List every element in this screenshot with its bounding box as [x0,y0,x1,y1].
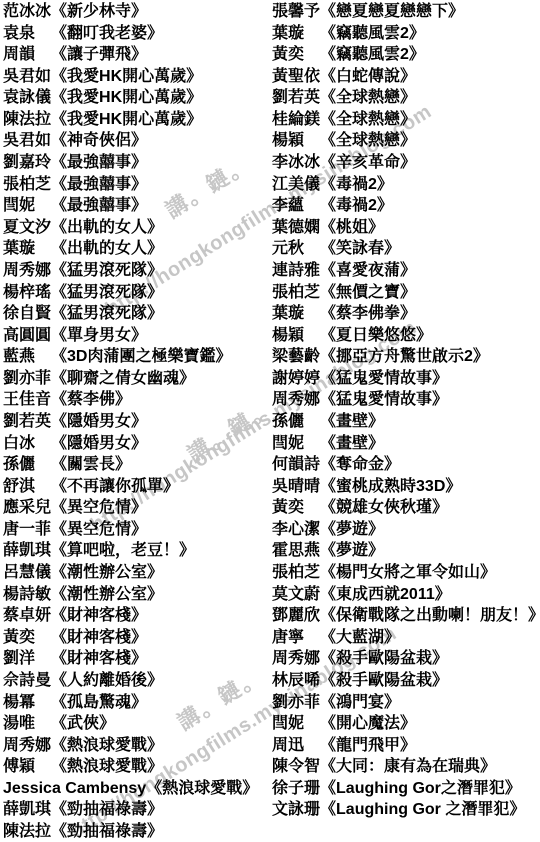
film-entry: 周秀娜《熱浪球愛戰》 [3,735,258,757]
film-entry: 陳令智《大同：康有為在瑞典》 [272,756,540,778]
film-title: 《蔡李佛》 [51,391,131,408]
film-title: 《龍門飛甲》 [320,737,416,754]
actress-name: 張柏芝 [272,562,320,584]
actress-name: 張馨予 [272,1,320,23]
film-entry: 劉洋《財神客棧》 [3,648,258,670]
film-entry: 鄧麗欣《保衛戰隊之出動喇！朋友！》 [272,605,540,627]
film-entry: 傅穎《熱浪球愛戰》 [3,756,258,778]
film-title: 《我愛HK開心萬歲》 [51,89,202,106]
film-entry: 舒淇《不再讓你孤單》 [3,476,258,498]
actress-name: 高圓圓 [3,325,51,347]
actress-name: 薛凱琪 [3,799,51,821]
film-entry: 劉若英《隱婚男女》 [3,411,258,433]
film-title: 《畫壁》 [320,435,384,452]
film-title: 《我愛HK開心萬歲》 [51,68,202,85]
film-entry: 葉璇《竊聽風雲2》 [272,23,540,45]
film-entry: 何韻詩《奪命金》 [272,454,540,476]
actress-name: 薛凱琪 [3,540,51,562]
film-title: 《Laughing Gor 之潛罪犯》 [320,801,525,818]
film-entry: 陳法拉《我愛HK開心萬歲》 [3,109,258,131]
film-title: 《猛鬼愛情故事》 [320,370,448,387]
film-title: 《異空危情》 [51,521,147,538]
actress-name: 林辰唏 [272,670,320,692]
film-title: 《全球熱戀》 [320,132,416,149]
actress-name: 吳君如 [3,66,51,88]
film-entry: 李蘊《毒禍2》 [272,195,540,217]
film-title: 《最強囍事》 [51,154,147,171]
film-entry: 張馨予《戀夏戀夏戀戀下》 [272,1,540,23]
film-title: 《關雲長》 [51,456,131,473]
actress-name: 劉嘉玲 [3,152,51,174]
film-title: 《竊聽風雲2》 [320,46,425,63]
film-entry: 周秀娜《殺手歐陽盆栽》 [272,648,540,670]
film-entry: 應采兒《異空危情》 [3,497,258,519]
film-title: 《大同：康有為在瑞典》 [320,758,496,775]
film-title: 《財神客棧》 [51,607,147,624]
film-title: 《算吧啦，老豆！》 [51,542,195,559]
film-entry: 梁藝齡《挪亞方舟驚世啟示2》 [272,346,540,368]
film-title: 《畫壁》 [320,413,384,430]
film-title: 《孤島驚魂》 [51,694,147,711]
film-title: 《猛鬼愛情故事》 [320,391,448,408]
actress-name: 何韻詩 [272,454,320,476]
actress-name: 楊穎 [272,325,320,347]
film-entry: 閆妮《最強囍事》 [3,195,258,217]
film-title: 《桃姐》 [320,219,384,236]
film-entry: 呂慧儀《潮性辦公室》 [3,562,258,584]
film-entry: 黃聖依《白蛇傳說》 [272,66,540,88]
actress-name: 夏文汐 [3,217,51,239]
actress-name: 張柏芝 [3,174,51,196]
film-title: 《出軌的女人》 [51,240,163,257]
film-entry: 白冰《隱婚男女》 [3,433,258,455]
film-entry: 元秋《笑詠春》 [272,238,540,260]
film-title: 《熱浪球愛戰》 [51,758,163,775]
film-title: 《猛男滾死隊》 [51,284,163,301]
film-title: 《奪命金》 [320,456,400,473]
film-title: 《異空危情》 [51,499,147,516]
actress-name: 蔡卓妍 [3,605,51,627]
film-title: 《潮性辦公室》 [51,564,163,581]
film-entry: 周秀娜《猛男滾死隊》 [3,260,258,282]
film-entry: 吳晴晴《蜜桃成熟時33D》 [272,476,540,498]
film-entry: 高圓圓《單身男女》 [3,325,258,347]
actress-name: 周秀娜 [272,389,320,411]
film-entry: 徐自賢《猛男滾死隊》 [3,303,258,325]
film-title: 《毒禍2》 [320,176,393,193]
film-title: 《財神客棧》 [51,629,147,646]
film-entry: 吳君如《我愛HK開心萬歲》 [3,66,258,88]
actress-name: 劉亦菲 [3,368,51,390]
film-title: 《隱婚男女》 [51,413,147,430]
actress-name: 王佳音 [3,389,51,411]
actress-name: 閆妮 [272,433,320,455]
film-entry: 連詩雅《喜愛夜蒲》 [272,260,540,282]
film-title: 《讓子彈飛》 [51,46,147,63]
film-entry: 吳君如《神奇俠侶》 [3,130,258,152]
film-entry: 唐寧《大藍湖》 [272,627,540,649]
film-title: 《競雄女俠秋瑾》 [320,499,448,516]
film-title: 《喜愛夜蒲》 [320,262,416,279]
film-title: 《竊聽風雲2》 [320,25,425,42]
actress-name: 孫儷 [3,454,51,476]
actress-name: 湯唯 [3,713,51,735]
left-column: 范冰冰《新少林寺》 袁泉《翻叮我老婆》 周韻《讓子彈飛》 吳君如《我愛HK開心萬… [3,1,258,842]
film-entry: 楊穎《夏日樂悠悠》 [272,325,540,347]
actress-name: 連詩雅 [272,260,320,282]
actress-name: 周秀娜 [272,648,320,670]
actress-name: 周秀娜 [3,735,51,757]
film-title: 《夏日樂悠悠》 [320,327,432,344]
film-entry: 閆妮《開心魔法》 [272,713,540,735]
film-entry: 周韻《讓子彈飛》 [3,44,258,66]
film-entry: 徐子珊《Laughing Gor之潛罪犯》 [272,778,540,800]
film-entry: 周迅《龍門飛甲》 [272,735,540,757]
actress-name: 唐一菲 [3,519,51,541]
film-entry: 葉璇《蔡李佛拳》 [272,303,540,325]
film-entry: 劉若英《全球熱戀》 [272,87,540,109]
actress-name: 黃奕 [272,497,320,519]
actress-name: 范冰冰 [3,1,51,23]
film-entry: 黃奕《竊聽風雲2》 [272,44,540,66]
actress-name: 傅穎 [3,756,51,778]
right-column: 張馨予《戀夏戀夏戀戀下》 葉璇《竊聽風雲2》 黃奕《竊聽風雲2》 黃聖依《白蛇傳… [272,1,540,821]
film-title: 《笑詠春》 [320,240,400,257]
film-title: 《大藍湖》 [320,629,400,646]
film-entry: 張柏芝《楊門女將之軍令如山》 [272,562,540,584]
film-title: 《聊齋之倩女幽魂》 [51,370,195,387]
film-entry: 劉亦菲《鴻門宴》 [272,692,540,714]
actress-name: 楊梓瑤 [3,282,51,304]
film-entry: 佘詩曼《人約離婚後》 [3,670,258,692]
film-title: 《全球熱戀》 [320,89,416,106]
film-entry: 夏文汐《出軌的女人》 [3,217,258,239]
actress-name: 應采兒 [3,497,51,519]
actress-name: 周韻 [3,44,51,66]
film-title: 《3D肉蒲團之極樂寶鑑》 [51,348,231,365]
film-entry: 薛凱琪《算吧啦，老豆！》 [3,540,258,562]
film-title: 《熱浪球愛戰》 [51,737,163,754]
actress-name: 劉若英 [272,87,320,109]
actress-name: 周秀娜 [3,260,51,282]
actress-name: 元秋 [272,238,320,260]
film-title: 《最強囍事》 [51,176,147,193]
actress-name: 文詠珊 [272,799,320,821]
actress-name: 謝婷婷 [272,368,320,390]
film-entry: 范冰冰《新少林寺》 [3,1,258,23]
film-entry: 薛凱琪《勁抽福祿壽》 [3,799,258,821]
actress-name: 呂慧儀 [3,562,51,584]
film-title: 《辛亥革命》 [320,154,416,171]
actress-name: 周迅 [272,735,320,757]
actress-name: 陳令智 [272,756,320,778]
actress-name: 陳法拉 [3,821,51,842]
film-title: 《武俠》 [51,715,115,732]
film-title: 《鴻門宴》 [320,694,400,711]
actress-name: 楊詩敏 [3,584,51,606]
actress-name: 閆妮 [3,195,51,217]
actress-name: 徐子珊 [272,778,320,800]
film-entry: 霍思燕《夢遊》 [272,540,540,562]
film-title: 《人約離婚後》 [51,672,163,689]
actress-name: 徐自賢 [3,303,51,325]
film-entry: 孫儷《畫壁》 [272,411,540,433]
film-title: 《勁抽福祿壽》 [51,801,163,818]
film-title: 《夢遊》 [320,542,384,559]
actress-name: Jessica Cambensy [3,778,146,800]
film-entry: 劉亦菲《聊齋之倩女幽魂》 [3,368,258,390]
film-entry: 李心潔《夢遊》 [272,519,540,541]
film-entry: 文詠珊《Laughing Gor 之潛罪犯》 [272,799,540,821]
film-entry: 藍燕《3D肉蒲團之極樂寶鑑》 [3,346,258,368]
film-title: 《神奇俠侶》 [51,132,147,149]
film-title: 《蔡李佛拳》 [320,305,416,322]
actress-name: 李蘊 [272,195,320,217]
film-title: 《出軌的女人》 [51,219,163,236]
film-entry: 蔡卓妍《財神客棧》 [3,605,258,627]
film-entry: 袁詠儀《我愛HK開心萬歲》 [3,87,258,109]
actress-name: 葉璇 [272,23,320,45]
film-title: 《勁抽福祿壽》 [51,823,163,840]
film-title: 《白蛇傳說》 [320,68,416,85]
film-entry: 王佳音《蔡李佛》 [3,389,258,411]
actress-name: 葉璇 [272,303,320,325]
film-title: 《開心魔法》 [320,715,416,732]
actress-name: 黃奕 [272,44,320,66]
film-title: 《財神客棧》 [51,650,147,667]
actress-name: 佘詩曼 [3,670,51,692]
actress-name: 唐寧 [272,627,320,649]
actress-name: 桂綸鎂 [272,109,320,131]
film-entry: 黃奕《競雄女俠秋瑾》 [272,497,540,519]
actress-name: 梁藝齡 [272,346,320,368]
film-title: 《猛男滾死隊》 [51,305,163,322]
film-title: 《Laughing Gor之潛罪犯》 [320,780,521,797]
film-entry: 楊梓瑤《猛男滾死隊》 [3,282,258,304]
film-title: 《挪亞方舟驚世啟示2》 [320,348,489,365]
film-entry: 陳法拉《勁抽福祿壽》 [3,821,258,842]
film-title: 《蜜桃成熟時33D》 [320,478,461,495]
actress-name: 劉若英 [3,411,51,433]
actress-name: 黃聖依 [272,66,320,88]
film-entry: 閆妮《畫壁》 [272,433,540,455]
film-entry: 黃奕《財神客棧》 [3,627,258,649]
film-title: 《猛男滾死隊》 [51,262,163,279]
film-entry: 林辰唏《殺手歐陽盆栽》 [272,670,540,692]
film-title: 《毒禍2》 [320,197,393,214]
film-entry: 謝婷婷《猛鬼愛情故事》 [272,368,540,390]
film-title: 《楊門女將之軍令如山》 [320,564,496,581]
film-entry: 周秀娜《猛鬼愛情故事》 [272,389,540,411]
actress-name: 霍思燕 [272,540,320,562]
film-entry: 袁泉《翻叮我老婆》 [3,23,258,45]
film-entry: 劉嘉玲《最強囍事》 [3,152,258,174]
film-entry: 葉德嫻《桃姐》 [272,217,540,239]
actress-name: 楊穎 [272,130,320,152]
film-entry: 唐一菲《異空危情》 [3,519,258,541]
film-entry: 桂綸鎂《全球熱戀》 [272,109,540,131]
film-entry: 楊詩敏《潮性辦公室》 [3,584,258,606]
film-title: 《隱婚男女》 [51,435,147,452]
film-entry: 張柏芝《無價之寶》 [272,282,540,304]
actress-name: 孫儷 [272,411,320,433]
film-title: 《新少林寺》 [51,3,147,20]
actress-name: 吳君如 [3,130,51,152]
actress-name: 吳晴晴 [272,476,320,498]
film-title: 《潮性辦公室》 [51,586,163,603]
actress-name: 白冰 [3,433,51,455]
film-title: 《殺手歐陽盆栽》 [320,650,448,667]
film-title: 《不再讓你孤單》 [51,478,179,495]
actress-name: 鄧麗欣 [272,605,320,627]
actress-name: 江美儀 [272,174,320,196]
actress-name: 劉洋 [3,648,51,670]
actress-name: 藍燕 [3,346,51,368]
film-title: 《保衛戰隊之出動喇！朋友！》 [320,607,540,624]
film-entry: Jessica Cambensy《熱浪球愛戰》 [3,778,258,800]
actress-name: 莫文蔚 [272,584,320,606]
film-title: 《戀夏戀夏戀戀下》 [320,3,464,20]
actress-name: 葉德嫻 [272,217,320,239]
film-title: 《東成西就2011》 [320,586,451,603]
film-title: 《無價之寶》 [320,284,416,301]
film-entry: 葉璇《出軌的女人》 [3,238,258,260]
actress-name: 袁泉 [3,23,51,45]
film-title: 《熱浪球愛戰》 [146,780,258,797]
actress-name: 閆妮 [272,713,320,735]
film-title: 《單身男女》 [51,327,147,344]
actress-name: 袁詠儀 [3,87,51,109]
actress-name: 劉亦菲 [272,692,320,714]
actress-name: 陳法拉 [3,109,51,131]
film-entry: 江美儀《毒禍2》 [272,174,540,196]
film-entry: 楊冪《孤島驚魂》 [3,692,258,714]
actress-name: 舒淇 [3,476,51,498]
film-title: 《全球熱戀》 [320,111,416,128]
actress-name: 李冰冰 [272,152,320,174]
film-title: 《夢遊》 [320,521,384,538]
actress-name: 楊冪 [3,692,51,714]
film-entry: 莫文蔚《東成西就2011》 [272,584,540,606]
actress-name: 張柏芝 [272,282,320,304]
actress-name: 黃奕 [3,627,51,649]
film-title: 《最強囍事》 [51,197,147,214]
film-title: 《殺手歐陽盆栽》 [320,672,448,689]
actress-name: 葉璇 [3,238,51,260]
film-title: 《翻叮我老婆》 [51,25,163,42]
film-entry: 湯唯《武俠》 [3,713,258,735]
film-entry: 楊穎《全球熱戀》 [272,130,540,152]
film-entry: 李冰冰《辛亥革命》 [272,152,540,174]
film-title: 《我愛HK開心萬歲》 [51,111,202,128]
film-entry: 張柏芝《最強囍事》 [3,174,258,196]
actress-name: 李心潔 [272,519,320,541]
film-actress-list-page: http://hongkongfilms.mysinablog.com 講。鏈。… [0,0,540,842]
film-entry: 孫儷《關雲長》 [3,454,258,476]
